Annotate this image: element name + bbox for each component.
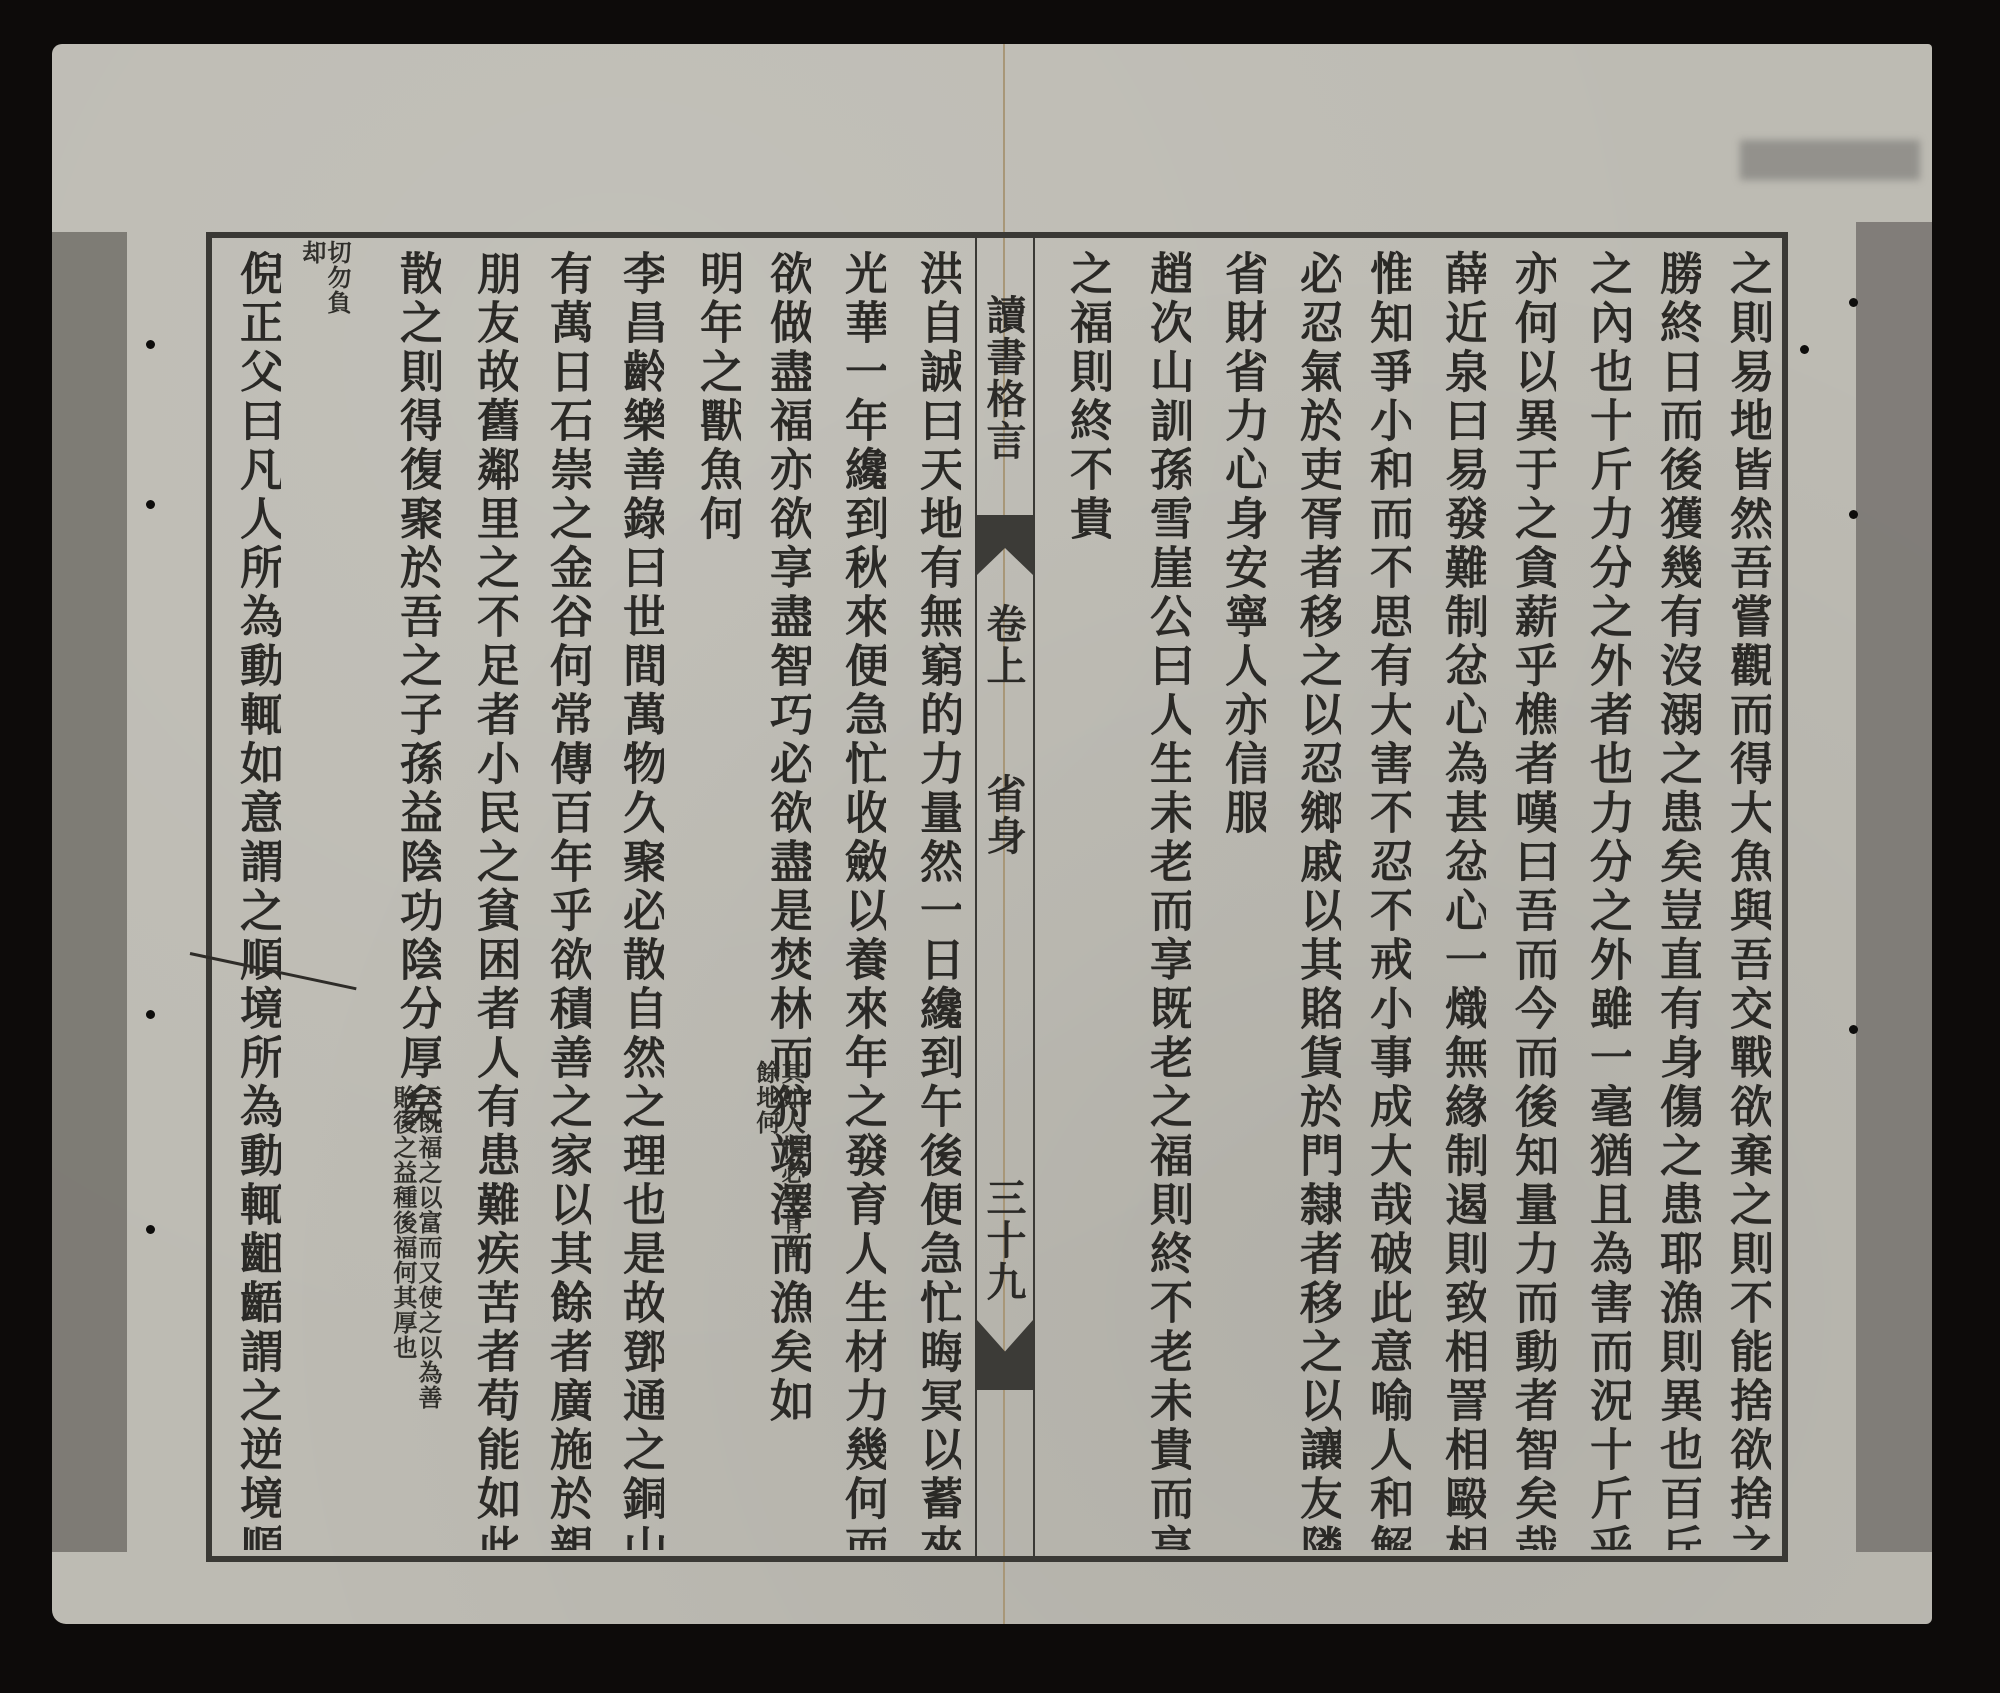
binding-hole bbox=[1849, 298, 1858, 307]
text-column: 洪自誠曰天地有無窮的力量然一日纔到午後便急忙晦冥以蓄來日之 bbox=[905, 250, 961, 1550]
section-label: 省身 bbox=[978, 760, 1032, 870]
binding-hole bbox=[146, 340, 155, 349]
interlinear-note: 天既福之以富而又使之以為善貽後之益種後福何其厚也 bbox=[385, 1085, 441, 1425]
right-edge-rubbing bbox=[1856, 222, 1932, 1552]
interlinear-note: 其如人情必不肯留餘地何 bbox=[752, 1060, 804, 1260]
text-column: 光華一年纔到秋來便急忙收斂以養來年之發育人生材力幾何而事必 bbox=[830, 250, 886, 1550]
binding-hole bbox=[1849, 1025, 1858, 1034]
text-column: 必忍氣於吏胥者移之以忍鄉戚以其賂貨於門隸者移之以讓友隣則 bbox=[1285, 250, 1341, 1550]
text-column: 李昌齡樂善錄曰世間萬物久聚必散自然之理也是故鄧通之銅山不能 bbox=[608, 250, 664, 1550]
text-column: 倪正父曰凡人所為動輒如意謂之順境所為動輒齟齬謂之逆境順境快 bbox=[225, 250, 281, 1550]
binding-hole bbox=[146, 1225, 155, 1234]
text-column: 薛近泉曰易發難制忿心為甚忿心一熾無緣制遏則致相詈相毆相讐 bbox=[1430, 250, 1486, 1550]
binding-hole bbox=[146, 500, 155, 509]
left-edge-rubbing bbox=[52, 232, 127, 1552]
text-column: 勝終日而後獲幾有沒溺之患矣豈直有身傷之患耶漁則異也百斤力分 bbox=[1645, 250, 1701, 1550]
text-column: 之福則終不貴 bbox=[1055, 250, 1111, 1550]
text-column: 明年之獸魚何 bbox=[685, 250, 741, 1550]
book-title: 讀書格言 bbox=[978, 248, 1032, 508]
ink-smudge bbox=[1740, 140, 1920, 180]
text-column: 有萬日石崇之金谷何常傳百年乎欲積善之家以其餘者廣施於親戚 bbox=[535, 250, 591, 1550]
text-column: 省財省力心身安寧人亦信服 bbox=[1210, 250, 1266, 1550]
text-column: 欲做盡福亦欲享盡智巧必欲盡是焚林而狩竭澤而漁矣如 bbox=[755, 250, 811, 1550]
page-number: 三十九 bbox=[978, 1170, 1032, 1310]
volume-label: 卷上 bbox=[978, 590, 1032, 700]
text-column: 之則易地皆然吾嘗觀而得大魚與吾交戰欲棄之則不能捨欲捨之則未能 bbox=[1715, 250, 1771, 1550]
text-column: 亦何以異于之貪薪乎樵者嘆曰吾而今而後知量力而動者智矣哉 bbox=[1500, 250, 1556, 1550]
text-column: 之內也十斤力分之外者也力分之外雖一毫猶且為害而況十斤乎吾之貪魚 bbox=[1575, 250, 1631, 1550]
binding-hole bbox=[1849, 510, 1858, 519]
interlinear-note: 切勿負却 bbox=[300, 240, 350, 330]
binding-hole bbox=[1800, 345, 1809, 354]
text-column: 趙次山訓孫雪崖公曰人生未老而享既老之福則終不老未貴而享已貴 bbox=[1135, 250, 1191, 1550]
text-column: 朋友故舊鄰里之不足者小民之貧困者人有患難疾苦者苟能如此而 bbox=[462, 250, 518, 1550]
binding-hole bbox=[146, 1010, 155, 1019]
text-column: 惟知爭小和而不思有大害不忍不戒小事成大哉破此意喻人和解以其 bbox=[1355, 250, 1411, 1550]
